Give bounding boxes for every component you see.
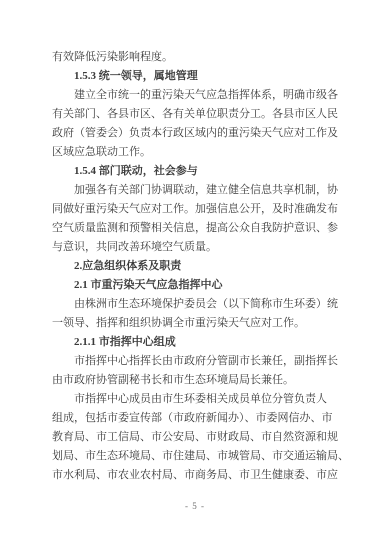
page-number: - 5 - — [0, 500, 390, 512]
text-line: 加强各有关部门协调联动，建立健全信息共享机制，协 — [52, 181, 339, 200]
text-line: 市水利局、市农业农村局、市商务局、市卫生健康委、市应 — [52, 466, 339, 485]
section-heading: 2.应急组织体系及职责 — [52, 257, 339, 276]
text-line: 组成，包括市委宣传部（市政府新闻办）、市委网信办、市 — [52, 409, 339, 428]
text-line: 由株洲市生态环境保护委员会（以下简称市生环委）统 — [52, 295, 339, 314]
section-heading: 1.5.3 统一领导，属地管理 — [52, 67, 339, 86]
section-heading: 1.5.4 部门联动，社会参与 — [52, 162, 339, 181]
text-line: 空气质量监测和预警相关信息，提高公众自我防护意识、参 — [52, 219, 339, 238]
text-line: 由市政府协管副秘书长和市生态环境局局长兼任。 — [52, 371, 339, 390]
text-line: 区域应急联动工作。 — [52, 143, 339, 162]
text-line: 政府（管委会）负责本行政区域内的重污染天气应对工作及 — [52, 124, 339, 143]
text-line: 同做好重污染天气应对工作。加强信息公开，及时准确发布 — [52, 200, 339, 219]
text-line: 建立全市统一的重污染天气应急指挥体系，明确市级各 — [52, 86, 339, 105]
text-line: 与意识，共同改善环境空气质量。 — [52, 238, 339, 257]
section-heading: 2.1 市重污染天气应急指挥中心 — [52, 276, 339, 295]
text-line: 市指挥中心成员由市生环委相关成员单位分管负责人 — [52, 390, 339, 409]
document-page: 有效降低污染影响程度。1.5.3 统一领导，属地管理建立全市统一的重污染天气应急… — [0, 0, 390, 551]
text-line: 有关部门、各县市区、各有关单位职责分工。各县市区人民 — [52, 105, 339, 124]
text-line: 一领导、指挥和组织协调全市重污染天气应对工作。 — [52, 314, 339, 333]
text-line: 有效降低污染影响程度。 — [52, 48, 339, 67]
text-line: 教育局、市工信局、市公安局、市财政局、市自然资源和规 — [52, 428, 339, 447]
section-heading: 2.1.1 市指挥中心组成 — [52, 333, 339, 352]
text-line: 市指挥中心指挥长由市政府分管副市长兼任，副指挥长 — [52, 352, 339, 371]
text-line: 划局、市生态环境局、市住建局、市城管局、市交通运输局、 — [52, 447, 339, 466]
document-text: 有效降低污染影响程度。1.5.3 统一领导，属地管理建立全市统一的重污染天气应急… — [52, 48, 339, 485]
